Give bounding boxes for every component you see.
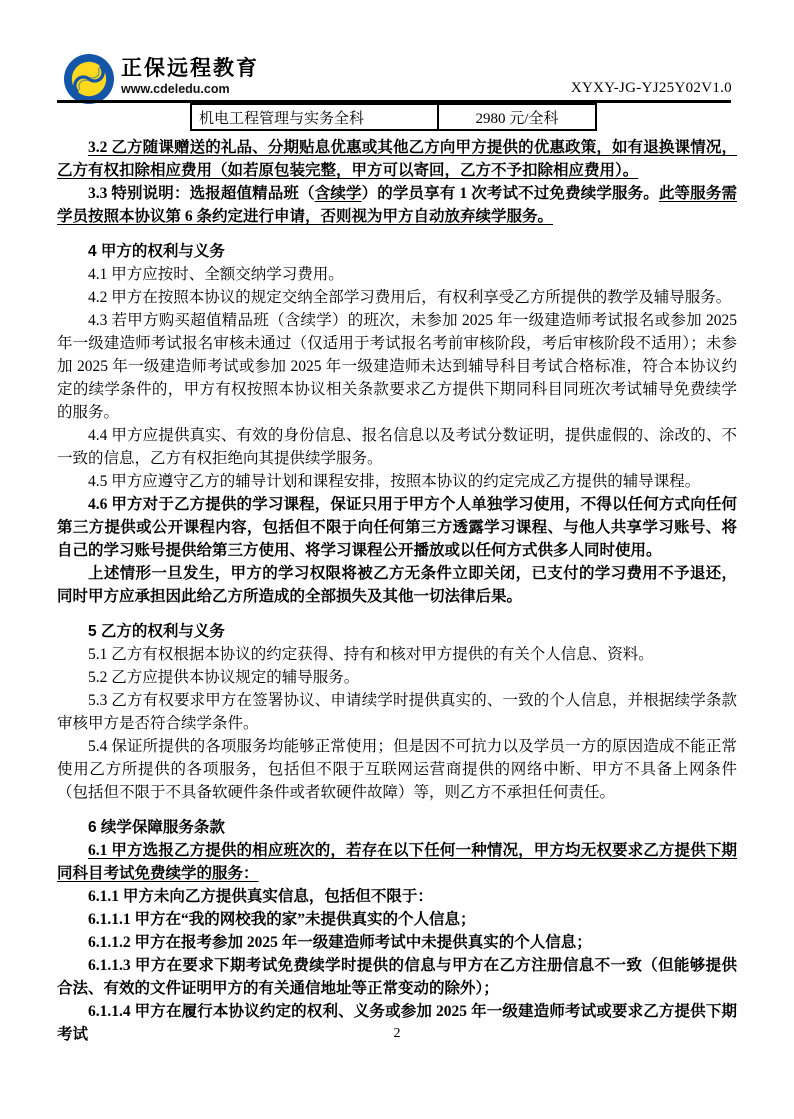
brand-logo: 正保远程教育 www.cdeledu.com <box>64 54 259 104</box>
brand-logo-icon <box>64 54 114 104</box>
brand-text-block: 正保远程教育 www.cdeledu.com <box>121 54 259 97</box>
page-number: 2 <box>0 1026 794 1042</box>
course-name-cell: 机电工程管理与实务全科 <box>192 105 439 129</box>
clause-3-3-segment: 3.3 特别说明：选报超值精品班（ <box>88 185 315 202</box>
clause-4-5: 4.5 甲方应遵守乙方的辅导计划和课程安排，按照本协议的约定完成乙方提供的辅导课… <box>57 470 737 493</box>
clause-6-1-1-1: 6.1.1.1 甲方在“我的网校我的家”未提供真实的个人信息； <box>57 908 737 931</box>
document-code: XYXY-JG-YJ25Y02V1.0 <box>571 80 732 97</box>
clause-4-4: 4.4 甲方应提供真实、有效的身份信息、报名信息以及考试分数证明，提供虚假的、涂… <box>57 424 737 470</box>
clause-6-1: 6.1 甲方选报乙方提供的相应班次的，若存在以下任何一种情况，甲方均无权要求乙方… <box>57 839 737 885</box>
clause-4-1: 4.1 甲方应按时、全额交纳学习费用。 <box>57 263 737 286</box>
clause-3-3-underlined-term: 含续学 <box>315 185 362 202</box>
document-page: 正保远程教育 www.cdeledu.com XYXY-JG-YJ25Y02V1… <box>0 0 794 1119</box>
clause-3-3-segment: ）的学员享有 1 次考试不过免费续学服务。 <box>362 185 659 202</box>
clause-4-6-note: 上述情形一旦发生，甲方的学习权限将被乙方无条件立即关闭，已支付的学习费用不予退还… <box>57 562 737 608</box>
clause-4-2: 4.2 甲方在按照本协议的规定交纳全部学习费用后，有权利享受乙方所提供的教学及辅… <box>57 286 737 309</box>
brand-url: www.cdeledu.com <box>121 81 259 97</box>
section-6-heading: 6 续学保障服务条款 <box>57 816 737 839</box>
clause-6-1-1-3: 6.1.1.3 甲方在要求下期考试免费续学时提供的信息与甲方在乙方注册信息不一致… <box>57 954 737 1000</box>
clause-3-2: 3.2 乙方随课赠送的礼品、分期贴息优惠或其他乙方向甲方提供的优惠政策，如有退换… <box>57 136 737 182</box>
clause-5-4: 5.4 保证所提供的各项服务均能够正常使用；但是因不可抗力以及学员一方的原因造成… <box>57 735 737 804</box>
course-table: 机电工程管理与实务全科 2980 元/全科 <box>190 103 597 131</box>
clause-6-1-1: 6.1.1 甲方未向乙方提供真实信息，包括但不限于： <box>57 885 737 908</box>
contract-body: 3.2 乙方随课赠送的礼品、分期贴息优惠或其他乙方向甲方提供的优惠政策，如有退换… <box>57 136 737 1046</box>
clause-4-3: 4.3 若甲方购买超值精品班（含续学）的班次，未参加 2025 年一级建造师考试… <box>57 309 737 424</box>
clause-5-2: 5.2 乙方应提供本协议规定的辅导服务。 <box>57 666 737 689</box>
course-price-cell: 2980 元/全科 <box>439 105 595 129</box>
section-5-heading: 5 乙方的权利与义务 <box>57 620 737 643</box>
brand-name: 正保远程教育 <box>121 57 259 81</box>
clause-3-3: 3.3 特别说明：选报超值精品班（含续学）的学员享有 1 次考试不过免费续学服务… <box>57 182 737 228</box>
clause-5-1: 5.1 乙方有权根据本协议的约定获得、持有和核对甲方提供的有关个人信息、资料。 <box>57 643 737 666</box>
clause-6-1-1-2: 6.1.1.2 甲方在报考参加 2025 年一级建造师考试中未提供真实的个人信息… <box>57 931 737 954</box>
clause-5-3: 5.3 乙方有权要求甲方在签署协议、申请续学时提供真实的、一致的个人信息，并根据… <box>57 689 737 735</box>
section-4-heading: 4 甲方的权利与义务 <box>57 240 737 263</box>
clause-4-6: 4.6 甲方对于乙方提供的学习课程，保证只用于甲方个人单独学习使用，不得以任何方… <box>57 493 737 562</box>
